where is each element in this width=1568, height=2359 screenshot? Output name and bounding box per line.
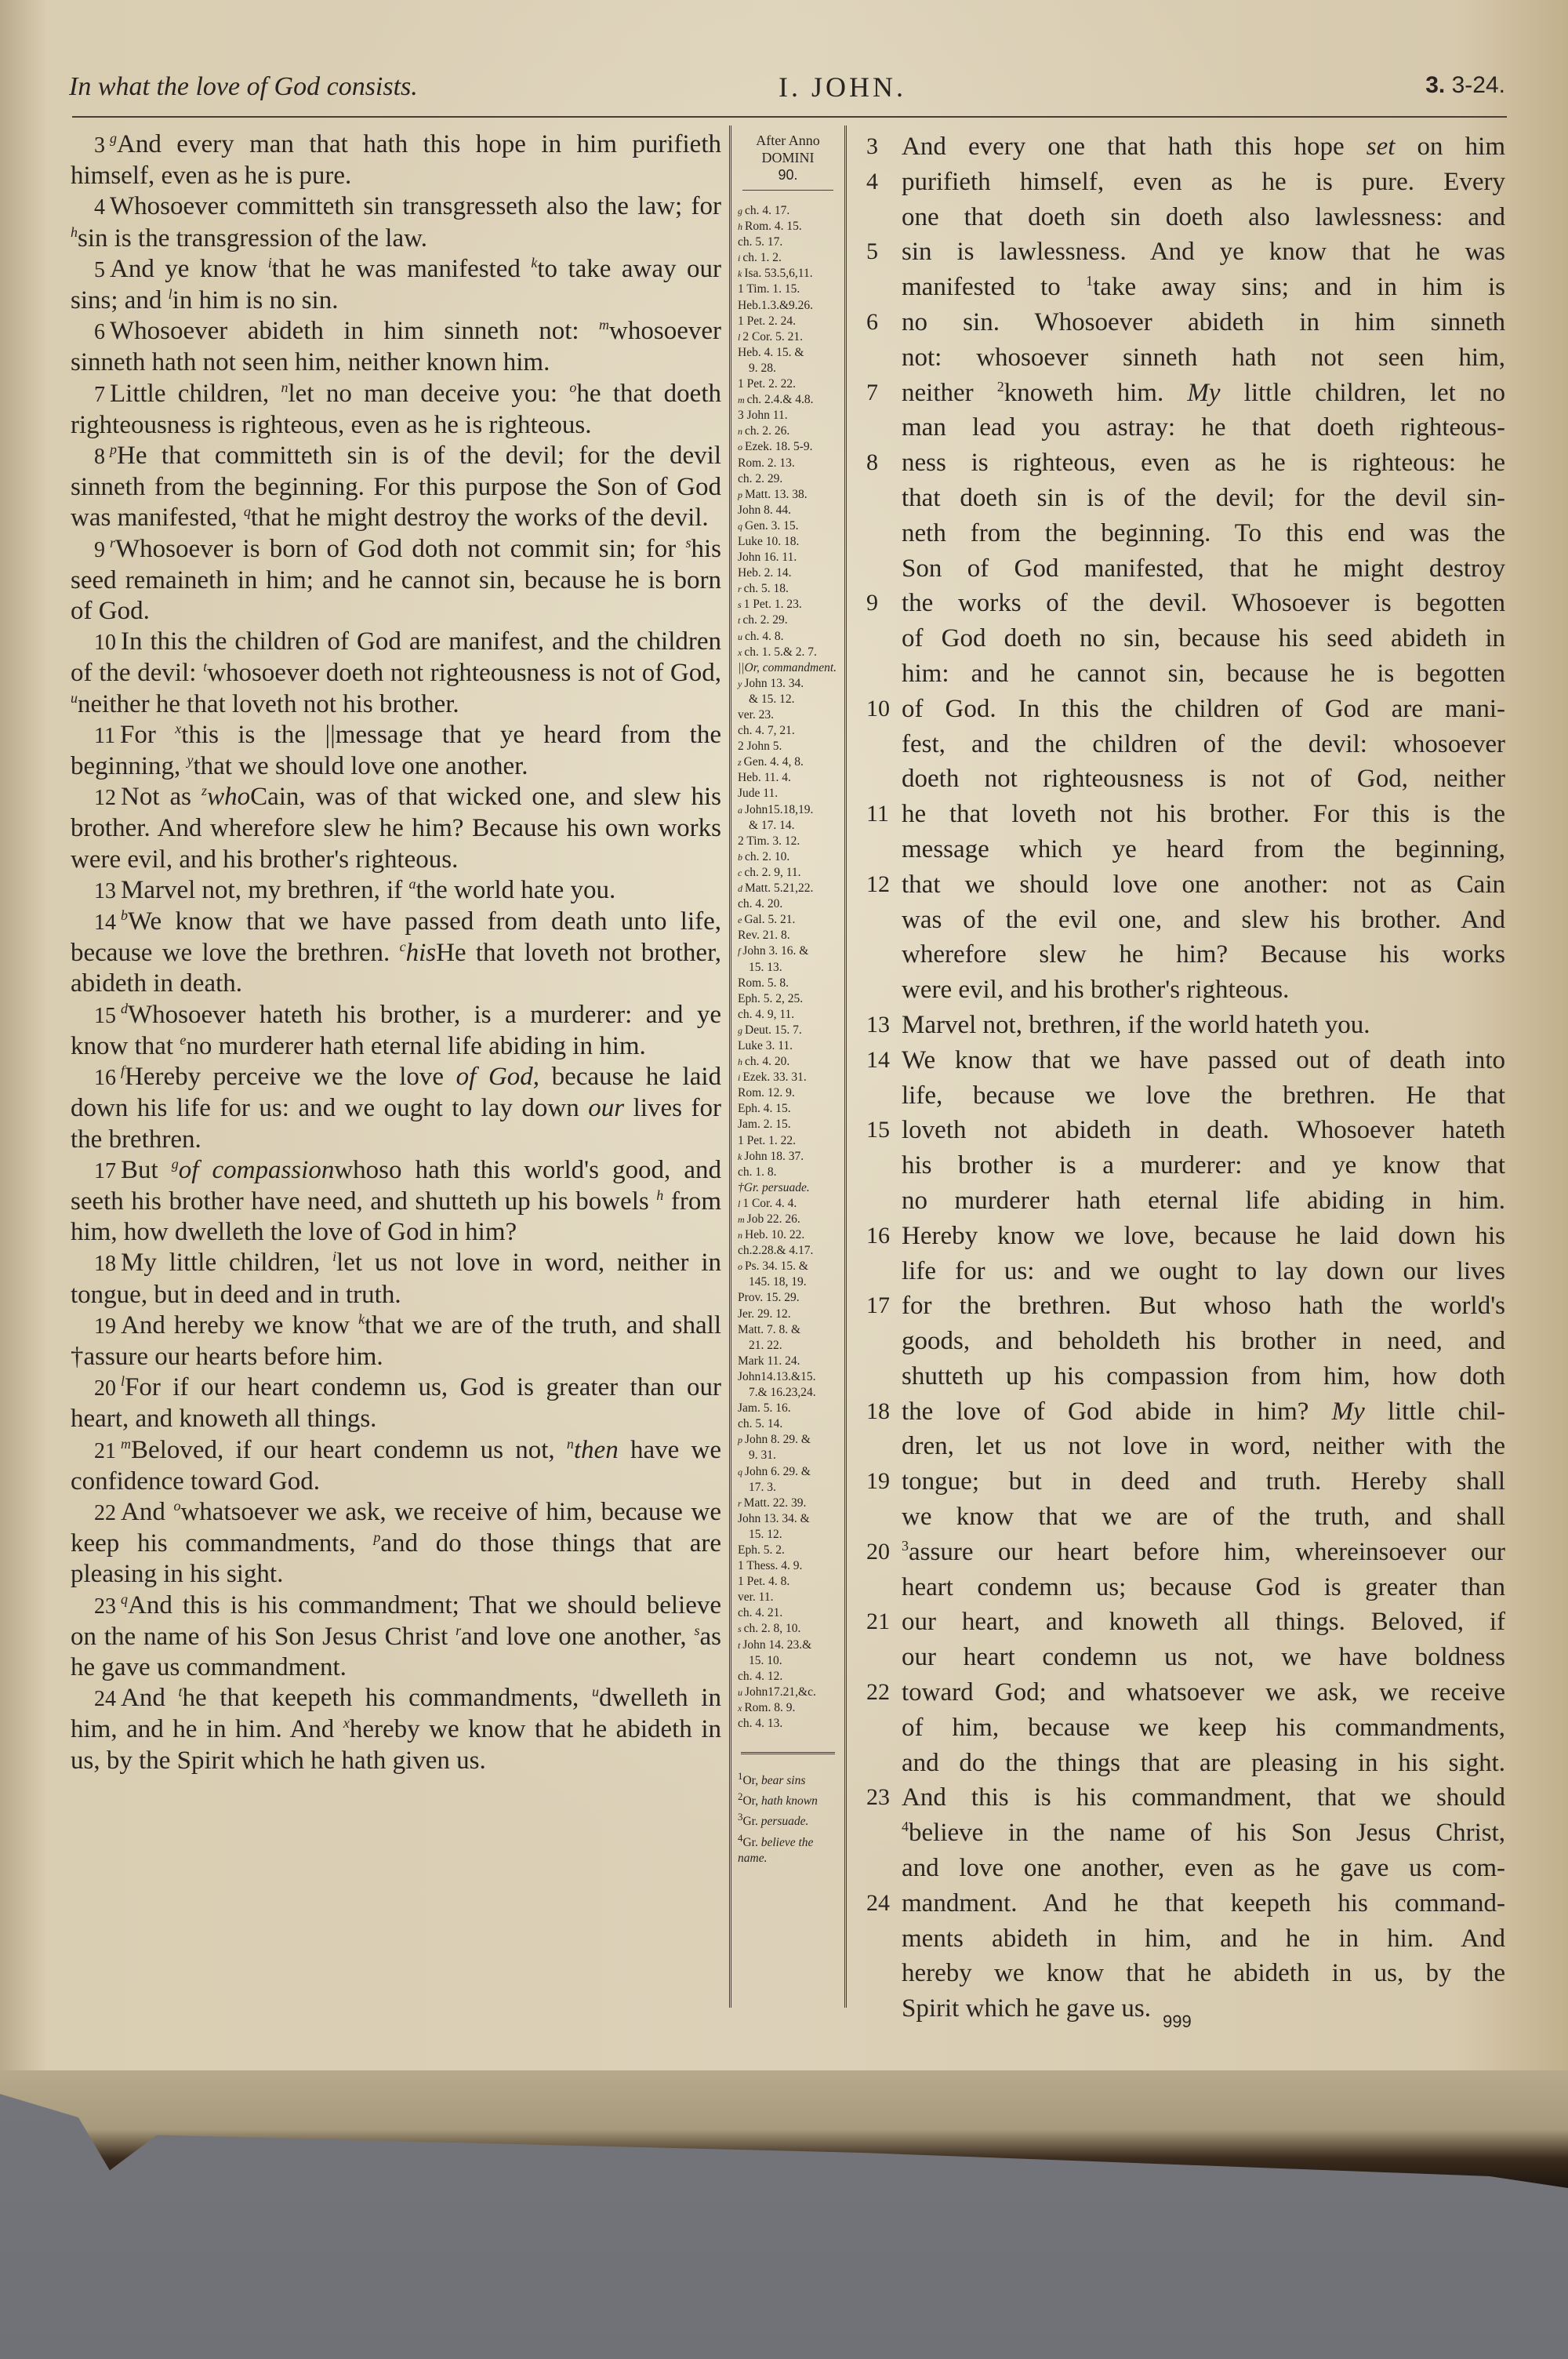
- cross-reference: u John17.21,&c.: [738, 1685, 838, 1700]
- reference-text: 1 Pet. 2. 24.: [738, 314, 796, 328]
- cross-reference: 7.& 16.23,24.: [738, 1385, 838, 1401]
- line-text: sin is lawlessness. And ye know that he …: [902, 238, 1505, 266]
- text-line: 16Hereby know we love, because he laid d…: [866, 1219, 1505, 1254]
- reference-text: Jer. 29. 12.: [738, 1307, 791, 1321]
- line-text: for the brethren. But whoso hath the wor…: [902, 1292, 1505, 1320]
- verse-text: Marvel not, my brethren, if: [121, 876, 408, 904]
- verse-range: 3-24.: [1452, 72, 1505, 98]
- text-line: 22toward God; and whatsoever we ask, we …: [866, 1675, 1505, 1710]
- text-line: 5sin is lawlessness. And ye know that he…: [866, 234, 1505, 270]
- reference-letter: q: [738, 521, 745, 532]
- cross-reference: ch. 4. 21.: [738, 1605, 838, 1621]
- reference-mark: q: [244, 503, 251, 519]
- cross-reference: Mark 11. 24.: [738, 1354, 838, 1369]
- text-line: was of the evil one, and slew his brothe…: [866, 903, 1505, 938]
- cross-reference: t John 14. 23.&: [738, 1637, 838, 1653]
- footnote-text: persuade.: [761, 1816, 809, 1829]
- cross-reference: 1 Pet. 1. 22.: [738, 1133, 838, 1149]
- cross-reference: Rev. 21. 8.: [738, 928, 838, 943]
- cross-reference: Luke 10. 18.: [738, 534, 838, 550]
- verse-number: 4: [866, 165, 878, 200]
- line-text: ments abideth in him, and he in him. And: [902, 1925, 1505, 1953]
- date-heading: After Anno DOMINI 90.: [738, 125, 838, 184]
- reference-text: Job 22. 26.: [747, 1212, 800, 1226]
- verse: 16fHereby perceive we the love of God, b…: [71, 1062, 721, 1155]
- text-line: his brother is a murderer: and ye know t…: [866, 1148, 1505, 1183]
- cross-reference: ch. 1. 8.: [738, 1165, 838, 1180]
- cross-reference: r Matt. 22. 39.: [738, 1496, 838, 1511]
- reference-mark: p: [373, 1529, 380, 1545]
- verse-number: 10: [94, 631, 116, 655]
- cross-reference: John14.13.&15.: [738, 1369, 838, 1385]
- reference-text: John 16. 11.: [738, 551, 797, 564]
- verse-number: 23: [866, 1780, 890, 1816]
- cross-reference: t ch. 2. 29.: [738, 612, 838, 628]
- cross-reference: g Deut. 15. 7.: [738, 1023, 838, 1038]
- bible-page: In what the love of God consists. I. JOH…: [0, 0, 1568, 2086]
- reference-text: John 8. 29. &: [745, 1433, 811, 1446]
- verse-text: he that keepeth his commandments,: [183, 1684, 592, 1712]
- reference-mark: g: [110, 130, 117, 146]
- verse: 18My little children, ilet us not love i…: [71, 1248, 721, 1310]
- reference-text: Luke 3. 11.: [738, 1039, 793, 1052]
- verse-number: 5: [94, 258, 105, 282]
- date-heading-line2: DOMINI: [738, 149, 838, 166]
- verse-number: 22: [866, 1675, 890, 1710]
- line-text: manifested to: [902, 273, 1086, 301]
- cross-reference: b ch. 2. 10.: [738, 849, 838, 865]
- line-text: doeth not righteousness is not of God, n…: [902, 765, 1505, 793]
- reference-letter: s: [738, 1623, 744, 1634]
- reference-text: Rom. 4. 15.: [745, 220, 802, 233]
- reference-text: Isa. 53.5,6,11.: [744, 267, 812, 280]
- text-line: life, because we love the brethren. He t…: [866, 1078, 1505, 1114]
- italic-word: set: [1367, 133, 1396, 161]
- reference-text: ver. 23.: [738, 708, 774, 722]
- reference-letter: n: [738, 426, 745, 437]
- line-text: little children, let no: [1221, 379, 1506, 407]
- cross-reference: Rom. 12. 9.: [738, 1085, 838, 1101]
- cross-reference: a John15.18,19.: [738, 802, 838, 818]
- italic-word: our: [588, 1094, 624, 1122]
- cross-reference: †Gr. persuade.: [738, 1180, 838, 1196]
- line-text: fest, and the children of the devil: who…: [902, 730, 1505, 758]
- text-line: 13 Marvel not, brethren, if the world ha…: [866, 1008, 1505, 1043]
- line-text: knoweth him.: [1004, 379, 1188, 407]
- verse-number: 8: [866, 445, 878, 481]
- verse: 23qAnd this is his commandment; That we …: [71, 1590, 721, 1684]
- reference-text: John 13. 34. &: [738, 1512, 810, 1525]
- line-text: of God. In this the children of God are …: [902, 695, 1505, 723]
- verse-text: sin is the transgression of the law.: [78, 224, 427, 253]
- line-text: neth from the beginning. To this end was…: [902, 519, 1505, 547]
- reference-letter: u: [738, 631, 745, 642]
- reference-text: John 3. 16. &: [742, 944, 808, 958]
- text-line: 203assure our heart before him, whereins…: [866, 1535, 1505, 1570]
- cross-reference: m ch. 2.4.& 4.8.: [738, 392, 838, 408]
- reference-text: 1 Thess. 4. 9.: [738, 1559, 802, 1572]
- cross-reference: Eph. 5. 2, 25.: [738, 991, 838, 1007]
- cross-reference: 145. 18, 19.: [738, 1274, 838, 1290]
- reference-text: ch. 2. 26.: [745, 424, 789, 438]
- reference-text: Eph. 5. 2, 25.: [738, 992, 803, 1005]
- text-line: and love one another, even as he gave us…: [866, 1851, 1505, 1886]
- reference-text: John 6. 29. &: [745, 1465, 811, 1478]
- reference-text: 2 Tim. 3. 12.: [738, 834, 800, 848]
- cross-reference: s ch. 2. 8, 10.: [738, 1621, 838, 1637]
- reference-text: ch. 4. 13.: [738, 1717, 782, 1730]
- cross-reference: p John 8. 29. &: [738, 1432, 838, 1448]
- verse: 20lFor if our heart condemn us, God is g…: [71, 1372, 721, 1434]
- text-line: and do the things that are pleasing in h…: [866, 1746, 1505, 1781]
- line-text: assure our heart before him, whereinsoev…: [909, 1538, 1505, 1566]
- text-line: life for us: and we ought to lay down ou…: [866, 1254, 1505, 1289]
- line-text: our heart condemn us not, we have boldne…: [902, 1643, 1505, 1671]
- verse-number: 6: [94, 320, 105, 344]
- footnote-text: hath known: [761, 1794, 818, 1808]
- reference-letter: n: [738, 1230, 745, 1241]
- verse-number: 19: [866, 1464, 890, 1499]
- reference-text: ch.2.28.& 4.17.: [738, 1244, 813, 1257]
- text-line: 15loveth not abideth in death. Whosoever…: [866, 1113, 1505, 1148]
- reference-text: Rom. 8. 9.: [744, 1701, 795, 1714]
- text-line: 14We know that we have passed out of dea…: [866, 1043, 1505, 1078]
- verse-number: 15: [94, 1004, 116, 1028]
- verse: 10In this the children of God are manife…: [71, 627, 721, 720]
- verse: 12Not as zwhoCain, was of that wicked on…: [71, 782, 721, 875]
- cross-reference: ch. 4. 12.: [738, 1669, 838, 1685]
- verse-number: 16: [94, 1066, 116, 1090]
- reference-text: 2 Cor. 5. 21.: [742, 330, 803, 343]
- line-text: no sin. Whosoever abideth in him sinneth: [902, 308, 1505, 336]
- cross-reference: g ch. 4. 17.: [738, 203, 838, 219]
- verse-number: 10: [866, 692, 890, 727]
- verse-number: 11: [866, 797, 889, 832]
- text-line: 4believe in the name of his Son Jesus Ch…: [866, 1816, 1505, 1851]
- reference-mark: p: [110, 442, 117, 457]
- reference-text: ch. 5. 14.: [738, 1417, 782, 1430]
- verse: 5And ye know ithat he was manifested kto…: [71, 254, 721, 316]
- verse-number: 13: [94, 879, 116, 903]
- text-line: heart condemn us; because God is greater…: [866, 1570, 1505, 1605]
- cross-reference: John 13. 34. &: [738, 1511, 838, 1527]
- cross-reference: k Isa. 53.5,6,11.: [738, 266, 838, 282]
- reference-text: John 18. 37.: [744, 1150, 804, 1163]
- cross-reference: ch. 5. 17.: [738, 234, 838, 250]
- reference-text: ch. 1. 2.: [742, 251, 782, 264]
- verse-number: 24: [94, 1687, 116, 1711]
- reference-text: ch. 2.4.& 4.8.: [747, 393, 814, 406]
- reference-mark: h: [656, 1187, 663, 1203]
- reference-text: Rom. 12. 9.: [738, 1086, 795, 1100]
- text-line: ments abideth in him, and he in him. And: [866, 1921, 1505, 1957]
- reference-text: Eph. 5. 2.: [738, 1543, 785, 1557]
- line-text: toward God; and whatsoever we ask, we re…: [902, 1678, 1505, 1707]
- verse-number: 12: [866, 867, 890, 903]
- footnote-marker: 1: [1086, 273, 1093, 289]
- italic-word: of compassion: [179, 1156, 335, 1184]
- verse-text: that he might destroy the works of the d…: [251, 503, 709, 532]
- reference-text: ch. 4. 17.: [745, 204, 789, 217]
- verse-text: But: [121, 1156, 172, 1184]
- cross-reference: ch. 4. 9, 11.: [738, 1007, 838, 1023]
- text-line: 19tongue; but in deed and truth. Hereby …: [866, 1464, 1505, 1499]
- reference-text: 15. 12.: [749, 1528, 782, 1541]
- reference-mark: k: [358, 1311, 365, 1327]
- cross-reference: Rom. 2. 13.: [738, 456, 838, 471]
- cross-reference: m Job 22. 26.: [738, 1212, 838, 1227]
- line-text: purifieth himself, even as he is pure. E…: [902, 168, 1505, 196]
- reference-text: 1 Tim. 1. 15.: [738, 282, 800, 296]
- reference-letter: g: [738, 1025, 745, 1036]
- verse-number: 23: [94, 1594, 116, 1619]
- italic-word: then: [574, 1436, 619, 1464]
- cross-reference: o Ezek. 18. 5-9.: [738, 439, 838, 455]
- footnote-text: bear sins: [761, 1774, 805, 1787]
- cross-reference: Luke 3. 11.: [738, 1038, 838, 1054]
- verse-text: And: [121, 1498, 173, 1526]
- reference-text: Heb. 11. 4.: [738, 771, 791, 784]
- cross-reference: 9. 31.: [738, 1448, 838, 1463]
- cross-reference: 15. 12.: [738, 1527, 838, 1543]
- text-line: 23And this is his commandment, that we s…: [866, 1780, 1505, 1816]
- reference-text: John 13. 34.: [744, 677, 804, 690]
- cross-reference: y John 13. 34.: [738, 676, 838, 692]
- cross-reference: ch. 2. 29.: [738, 471, 838, 487]
- verse-number: 3: [866, 129, 878, 165]
- chapter-verse-range: 3. 3-24.: [1425, 72, 1505, 99]
- line-text: not: whosoever sinneth hath not seen him…: [902, 343, 1505, 372]
- verse: 7Little children, nlet no man deceive yo…: [71, 379, 721, 441]
- verse: 21mBeloved, if our heart condemn us not,…: [71, 1435, 721, 1497]
- reference-letter: a: [738, 805, 745, 816]
- reference-text: Luke 10. 18.: [738, 535, 799, 548]
- reference-text: 3 John 11.: [738, 409, 788, 422]
- text-line: no murderer hath eternal life abiding in…: [866, 1183, 1505, 1219]
- line-text: man lead you astray: he that doeth right…: [902, 413, 1505, 442]
- reference-mark: x: [343, 1715, 350, 1731]
- text-line: him: and he cannot sin, because he is be…: [866, 656, 1505, 692]
- line-text: shutteth up his compassion from him, how…: [902, 1362, 1505, 1390]
- cross-reference: 9. 28.: [738, 361, 838, 376]
- line-text: hereby we know that he abideth in us, by…: [902, 1959, 1505, 1987]
- line-text: was of the evil one, and slew his brothe…: [902, 906, 1505, 934]
- reference-text: 7.& 16.23,24.: [749, 1386, 816, 1399]
- verse-number: 15: [866, 1113, 890, 1148]
- verse-number: 16: [866, 1219, 890, 1254]
- cross-reference: 1 Thess. 4. 9.: [738, 1558, 838, 1574]
- reference-letter: u: [738, 1687, 745, 1698]
- text-line: neth from the beginning. To this end was…: [866, 516, 1505, 551]
- cross-reference: l 1 Cor. 4. 4.: [738, 1196, 838, 1212]
- line-text: message which ye heard from the beginnin…: [902, 835, 1505, 863]
- italic-word: of God,: [456, 1063, 539, 1091]
- line-text: Son of God manifested, that he might des…: [902, 554, 1505, 583]
- reference-letter: g: [738, 205, 745, 216]
- verse-text: Whosoever is born of God doth not commit…: [115, 535, 685, 563]
- reference-text: Ps. 34. 15. &: [745, 1259, 808, 1273]
- footnote-marker: 2: [997, 379, 1004, 394]
- verse: 14bWe know that we have passed from deat…: [71, 907, 721, 1000]
- verse-number: 12: [94, 786, 116, 810]
- cross-reference: Eph. 4. 15.: [738, 1101, 838, 1117]
- text-line: that doeth sin is of the devil; for the …: [866, 481, 1505, 516]
- line-text: that doeth sin is of the devil; for the …: [902, 484, 1505, 512]
- text-line: message which ye heard from the beginnin…: [866, 832, 1505, 867]
- cross-reference: 1 Pet. 2. 22.: [738, 376, 838, 392]
- footnote: 2Or, hath known: [738, 1789, 838, 1809]
- cross-reference: ch. 4. 7, 21.: [738, 723, 838, 739]
- cross-reference: x ch. 1. 5.& 2. 7.: [738, 645, 838, 660]
- line-text: loveth not abideth in death. Whosoever h…: [902, 1116, 1505, 1144]
- cross-reference: i ch. 1. 2.: [738, 250, 838, 266]
- text-line: 9the works of the devil. Whosoever is be…: [866, 586, 1505, 621]
- footnote-label: Gr.: [742, 1816, 760, 1829]
- reference-text: ch. 4. 21.: [738, 1606, 782, 1619]
- text-line: of him, because we keep his commandments…: [866, 1710, 1505, 1746]
- margin-rule: [742, 190, 833, 191]
- reference-text: Gal. 5. 21.: [744, 913, 795, 926]
- cross-reference: ver. 11.: [738, 1590, 838, 1605]
- verse-text: Not as: [121, 783, 201, 811]
- verse: 3gAnd every man that hath this hope in h…: [71, 129, 721, 191]
- verse-text: no murderer hath eternal life abiding in…: [186, 1032, 645, 1060]
- verse-number: 4: [94, 195, 105, 220]
- verse-number: 21: [866, 1605, 890, 1640]
- reference-text: Matt. 7. 8. &: [738, 1323, 800, 1336]
- cross-reference: n ch. 2. 26.: [738, 423, 838, 439]
- verse: 8pHe that committeth sin is of the devil…: [71, 441, 721, 534]
- reference-mark: n: [281, 380, 289, 395]
- verse-number: 3: [94, 133, 105, 158]
- verse-number: 11: [94, 724, 115, 748]
- cross-reference: k John 18. 37.: [738, 1149, 838, 1165]
- text-line: 21our heart, and knoweth all things. Bel…: [866, 1605, 1505, 1640]
- line-text: he that loveth not his brother. For this…: [902, 800, 1505, 828]
- cross-reference: p Matt. 13. 38.: [738, 487, 838, 503]
- reference-letter: s: [738, 599, 744, 610]
- verse-number: 7: [866, 376, 878, 411]
- cross-reference: f John 3. 16. &: [738, 943, 838, 959]
- verse-number: 9: [94, 538, 105, 562]
- reference-text: ch. 2. 29.: [738, 472, 782, 485]
- reference-text: Heb. 10. 22.: [745, 1228, 804, 1241]
- verse-text: in him is no sin.: [172, 286, 339, 314]
- verse-number: 13: [866, 1008, 890, 1043]
- line-text: we know that we are of the truth, and sh…: [902, 1503, 1505, 1531]
- text-line: shutteth up his compassion from him, how…: [866, 1359, 1505, 1394]
- italic-word: who: [207, 783, 250, 811]
- text-line: were evil, and his brother's righteous.: [866, 972, 1505, 1008]
- reference-text: Heb.1.3.&9.26.: [738, 299, 813, 312]
- reference-text: Matt. 13. 38.: [745, 488, 808, 501]
- verse: 22And owhatsoever we ask, we receive of …: [71, 1497, 721, 1590]
- line-text: his brother is a murderer: and ye know t…: [902, 1151, 1505, 1179]
- cross-reference: x Rom. 8. 9.: [738, 1700, 838, 1716]
- text-line: man lead you astray: he that doeth right…: [866, 410, 1505, 445]
- cross-reference: r ch. 5. 18.: [738, 581, 838, 597]
- line-text: Hereby know we love, because he laid dow…: [902, 1222, 1505, 1250]
- reference-letter: p: [738, 1434, 745, 1445]
- verse-text: Whosoever committeth sin transgresseth a…: [110, 192, 721, 220]
- verse: 9rWhosoever is born of God doth not comm…: [71, 534, 721, 627]
- footnote-label: Or,: [742, 1774, 761, 1787]
- line-text: We know that we have passed out of death…: [902, 1046, 1505, 1074]
- line-text: goods, and beholdeth his brother in need…: [902, 1327, 1505, 1355]
- verse-number: 22: [94, 1501, 116, 1525]
- verse-number: 9: [866, 586, 878, 621]
- reference-letter: m: [738, 1214, 747, 1225]
- reference-text: ch. 2. 8, 10.: [744, 1622, 801, 1635]
- verse-text: And ye know: [110, 255, 268, 283]
- text-line: 24mandment. And he that keepeth his comm…: [866, 1886, 1505, 1921]
- line-text: on him: [1395, 133, 1505, 161]
- cross-reference: q John 6. 29. &: [738, 1464, 838, 1480]
- footnote: 3Gr. persuade.: [738, 1809, 838, 1830]
- cross-reference: ch. 4. 20.: [738, 896, 838, 912]
- line-text: mandment. And he that keepeth his comman…: [902, 1889, 1505, 1917]
- reference-text: Jude 11.: [738, 787, 778, 800]
- cross-reference: & 17. 14.: [738, 818, 838, 834]
- line-text: dren, let us not love in word, neither w…: [902, 1432, 1505, 1460]
- reference-text: 9. 28.: [749, 362, 776, 375]
- cross-reference: e Gal. 5. 21.: [738, 912, 838, 928]
- reference-mark: h: [71, 224, 78, 240]
- italic-word: My: [1332, 1398, 1365, 1426]
- cross-reference: Eph. 5. 2.: [738, 1543, 838, 1558]
- verse: 6Whosoever abideth in him sinneth not: m…: [71, 316, 721, 378]
- reference-letter: p: [738, 489, 745, 500]
- cross-reference: z Gen. 4. 4, 8.: [738, 754, 838, 770]
- text-line: our heart condemn us not, we have boldne…: [866, 1640, 1505, 1675]
- italic-word: My: [1187, 379, 1220, 407]
- verse: 4Whosoever committeth sin transgresseth …: [71, 191, 721, 253]
- verse: 24And the that keepeth his commandments,…: [71, 1683, 721, 1776]
- verse-text: how dwelleth the love of God in him?: [124, 1218, 517, 1246]
- reference-text: Heb. 2. 14.: [738, 566, 791, 580]
- reference-mark: b: [121, 907, 128, 923]
- verse-text: whosoever doeth not righteousness is not…: [207, 659, 721, 687]
- verse-text: and love one another,: [461, 1623, 694, 1651]
- reference-text: ch. 2. 29.: [742, 613, 787, 627]
- reference-letter: m: [738, 394, 747, 405]
- verse-text: Cain,: [250, 783, 316, 811]
- text-line: 7neither 2knoweth him. My little childre…: [866, 376, 1505, 411]
- reference-text: 2 John 5.: [738, 740, 782, 753]
- cross-reference: 2 Tim. 3. 12.: [738, 834, 838, 849]
- reference-text: ch. 1. 8.: [738, 1165, 777, 1179]
- reference-mark: u: [592, 1684, 599, 1699]
- reference-text: 1 Pet. 4. 8.: [738, 1575, 789, 1588]
- line-text: And this is his commandment, that we sho…: [902, 1783, 1505, 1812]
- verse-number: 17: [94, 1159, 116, 1183]
- line-text: And every one that hath this hope: [902, 133, 1367, 161]
- reference-letter: h: [738, 221, 745, 232]
- reference-text: John17.21,&c.: [745, 1685, 816, 1699]
- verse-text: Beloved, if our heart condemn us not,: [131, 1436, 567, 1464]
- date-year: 90.: [738, 166, 838, 184]
- cross-reference: l 2 Cor. 5. 21.: [738, 329, 838, 345]
- cross-reference: 1 Tim. 1. 15.: [738, 282, 838, 297]
- footnote-label: Gr.: [742, 1836, 760, 1849]
- verse-number: 5: [866, 234, 878, 270]
- footnote: 1Or, bear sins: [738, 1768, 838, 1789]
- text-line: wherefore slew he him? Because his works: [866, 937, 1505, 972]
- reference-mark: r: [110, 535, 115, 551]
- reference-letter: h: [738, 1056, 745, 1067]
- chapter-number: 3.: [1425, 72, 1445, 98]
- reference-text: ch. 2. 10.: [745, 850, 789, 863]
